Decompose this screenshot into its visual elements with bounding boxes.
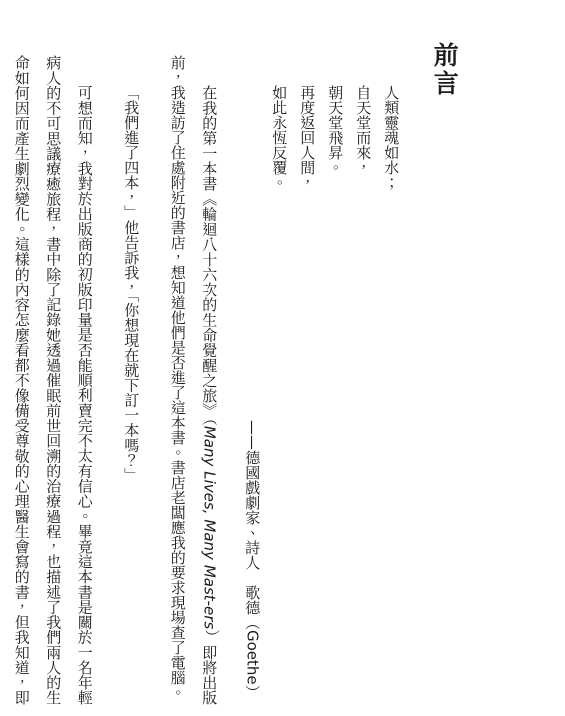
poem-line: 人類靈魂如水； xyxy=(377,85,405,705)
poem-line: 再度返回人間， xyxy=(293,85,321,705)
paragraph-2: 「我們進了四本，」他告訴我，「你想現在就下訂一本嗎？」 xyxy=(115,42,147,705)
poem-line: 朝天堂飛昇。 xyxy=(321,85,349,705)
vertical-text-area: 前言 人類靈魂如水； 自天堂而來， 朝天堂飛昇。 再度返回人間， 如此永恆反覆。… xyxy=(23,42,478,705)
paragraph-3: 可想而知，我對於出版商的初版印量是否能順利賣完不太有信心。畢竟這本書是關於一名年… xyxy=(0,42,100,705)
page-title: 前言 xyxy=(427,42,461,705)
poem-line: 自天堂而來， xyxy=(349,85,377,705)
poem-line: 如此永恆反覆。 xyxy=(265,85,293,705)
paragraph-1-text-lead: 在我的第一本書《輪迴八十六次的生命覺醒之旅》 xyxy=(200,85,218,418)
epigraph-poem: 人類靈魂如水； 自天堂而來， 朝天堂飛昇。 再度返回人間， 如此永恆反覆。 xyxy=(265,42,405,705)
paragraph-1: 在我的第一本書《輪迴八十六次的生命覺醒之旅》（Many Lives, Many … xyxy=(161,42,224,705)
book-page: 前言 人類靈魂如水； 自天堂而來， 朝天堂飛昇。 再度返回人間， 如此永恆反覆。… xyxy=(0,0,565,716)
paragraph-1-english-book-title: （Many Lives, Many Mast-ers） xyxy=(200,418,218,644)
epigraph-attribution: ——德國戲劇家、詩人 歌德（Goethe） xyxy=(239,42,265,705)
